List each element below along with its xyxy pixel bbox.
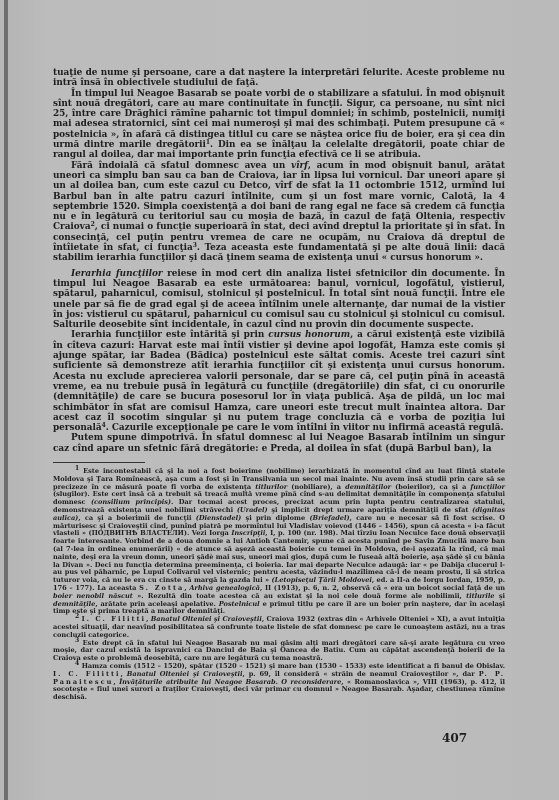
page-gutter-edge xyxy=(4,0,8,800)
page-number: 407 xyxy=(442,731,467,745)
paragraph-sfat-stabilization: În timpul lui Neagoe Basarab se poate vo… xyxy=(53,89,505,161)
footnote-1: 1 Este incontestabil că şi la noi a fost… xyxy=(53,468,505,616)
footnote-2: 2 I. C. Filitti, Banatul Olteniei şi Cra… xyxy=(53,616,505,639)
paragraph-virf: Fără îndoială că sfatul domnesc avea un … xyxy=(53,161,505,264)
paragraph-ierarhia: Ierarhia funcţiilor reiese în mod cert d… xyxy=(53,269,505,331)
main-body-text: tuaţie de nume şi persoane, care a dat n… xyxy=(53,68,505,454)
paragraph-cursus-honorum: Ierarhia funcţiilor este întărită şi pri… xyxy=(53,330,505,433)
footnote-4: 4 Hamza comis (1512 – 1520), spătar (152… xyxy=(53,663,505,702)
footnote-3: 3 Este drept că în sfatul lui Neagoe Bas… xyxy=(53,640,505,663)
paragraph-dimpotriva: Putem spune dimpotrivă. În sfatul domnes… xyxy=(53,433,505,454)
paragraph-continuation: tuaţie de nume şi persoane, care a dat n… xyxy=(53,68,505,89)
page-text-block: tuaţie de nume şi persoane, care a dat n… xyxy=(53,68,505,702)
book-page: tuaţie de nume şi persoane, care a dat n… xyxy=(4,0,559,800)
footnotes: 1 Este incontestabil că şi la noi a fost… xyxy=(53,468,505,702)
footnote-separator xyxy=(53,462,145,463)
